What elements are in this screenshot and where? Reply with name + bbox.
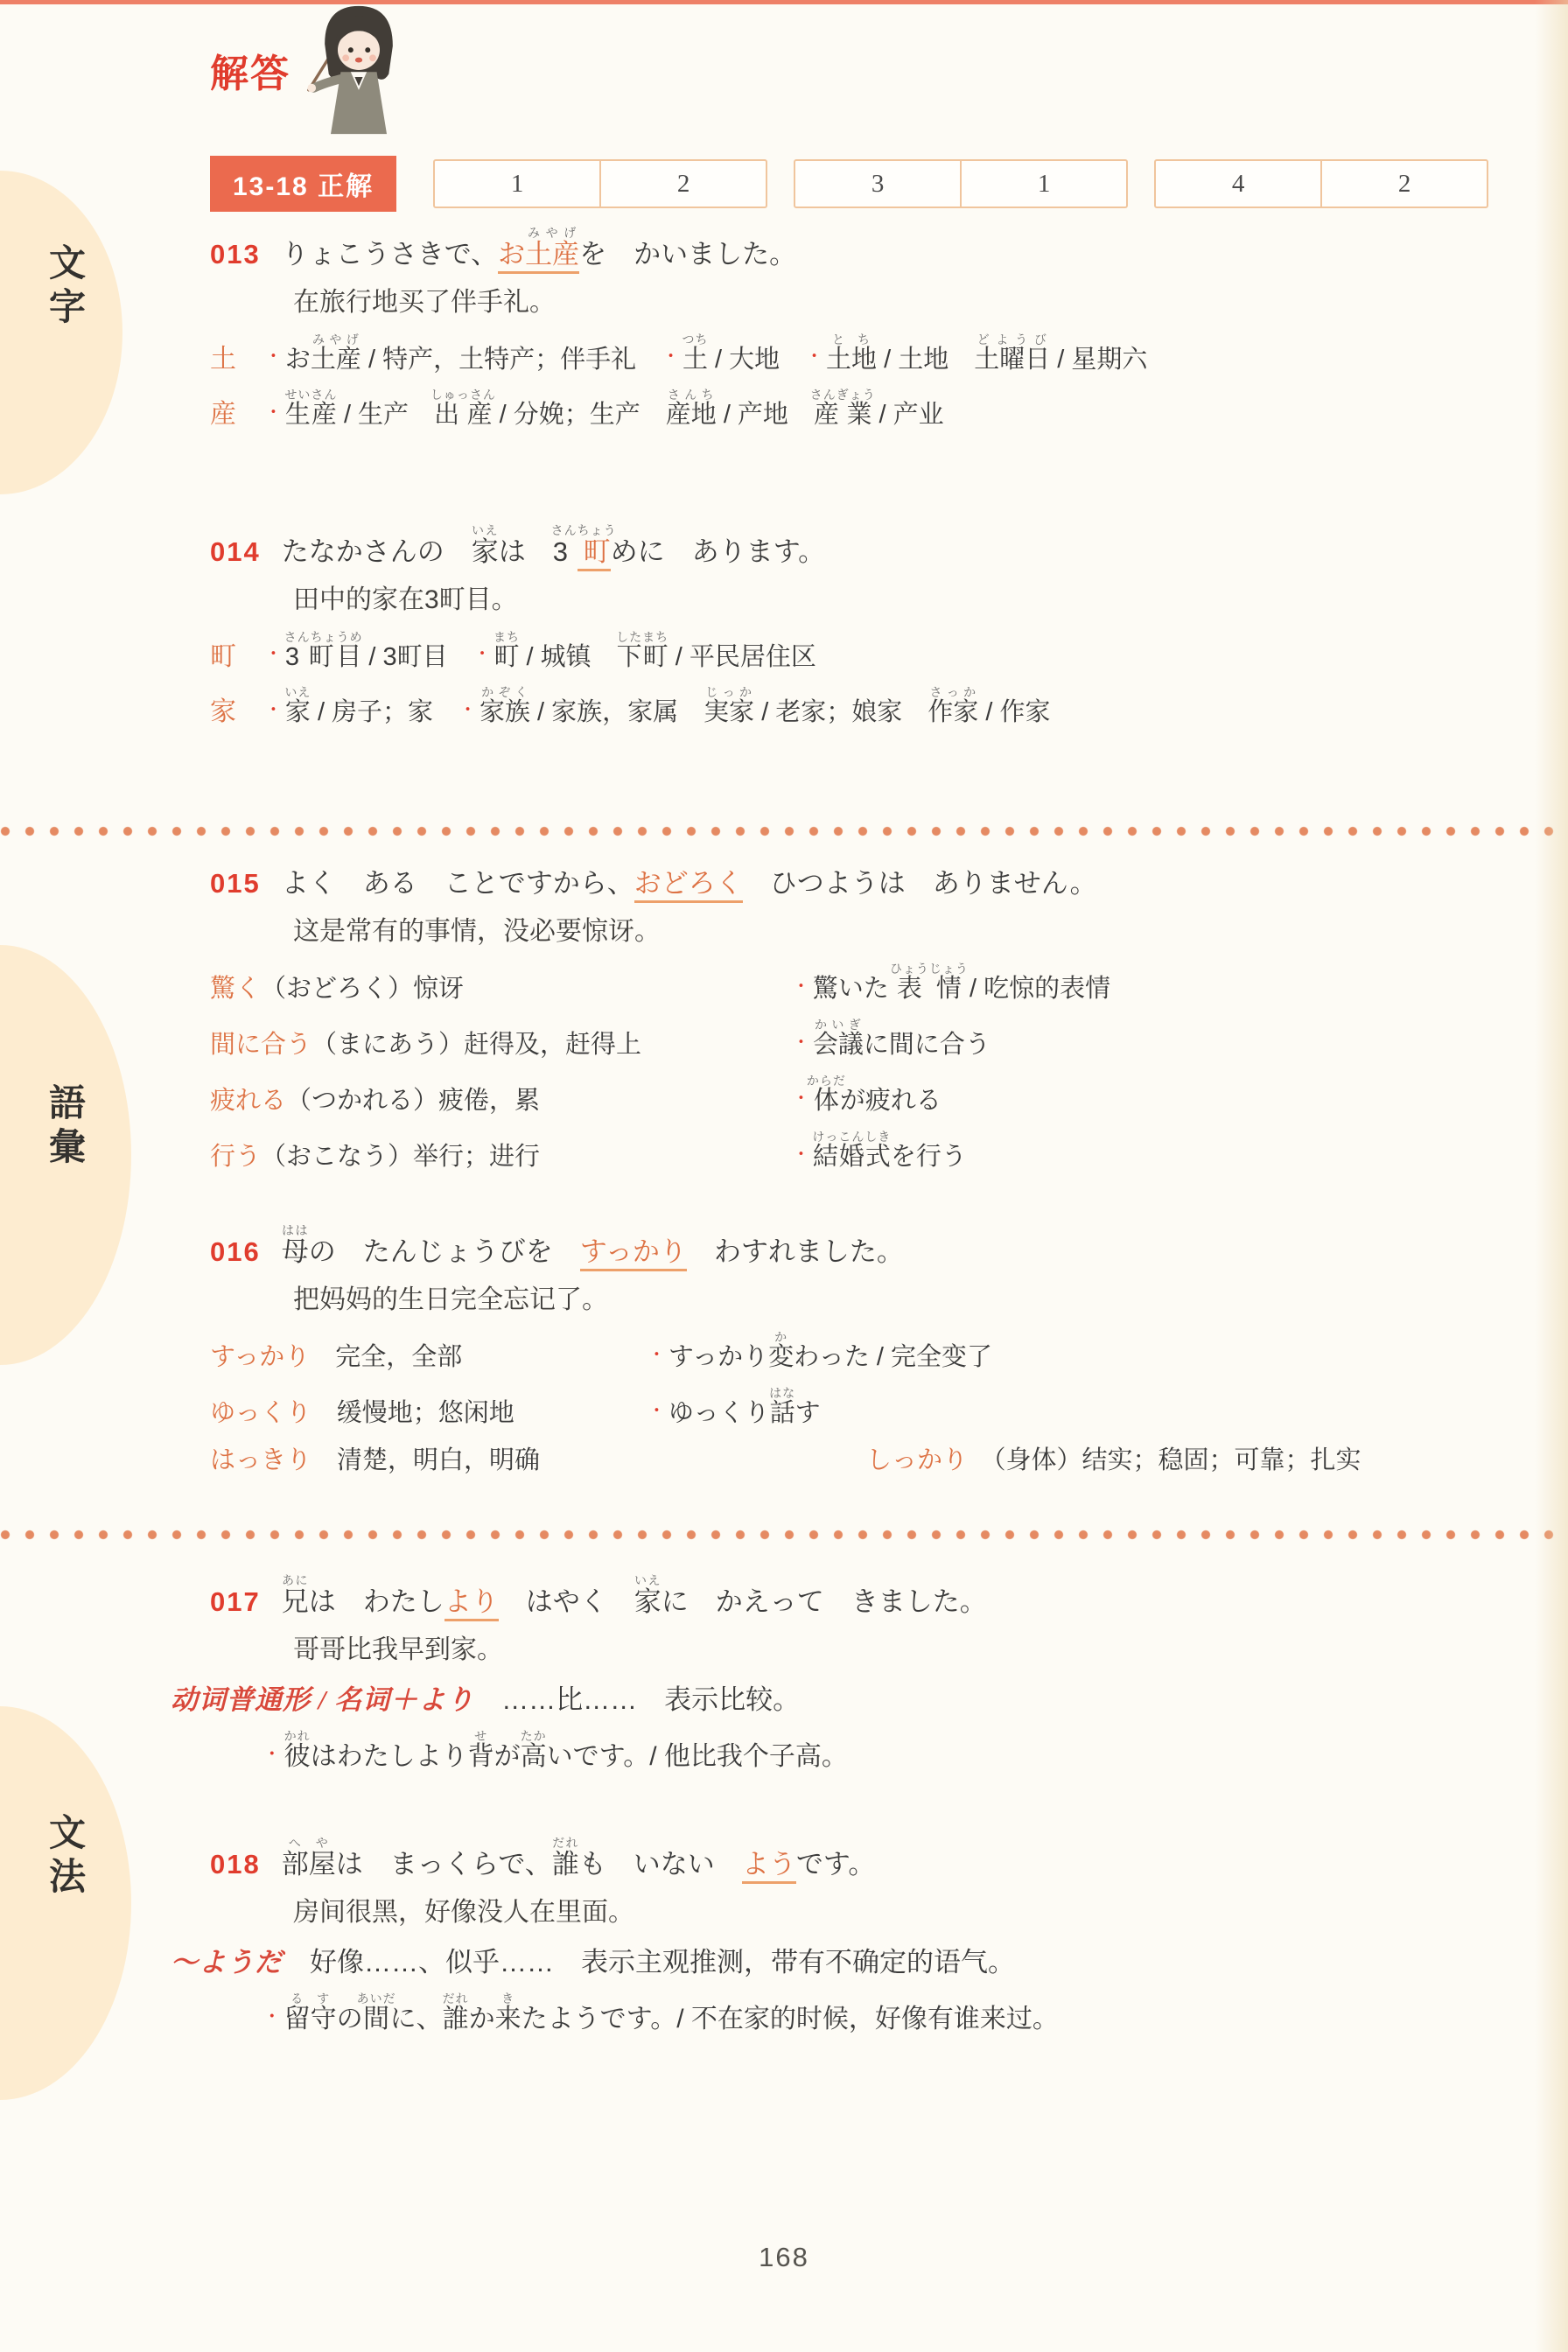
vocab-row: 土 ・お土産みやげ / 特产，土特产；伴手礼 ・土つち / 大地 ・土地とち /… (210, 332, 1505, 380)
answer-cell-16: 1 (960, 161, 1126, 206)
question-sentence: 018部屋へやは まっくらで、誰だれも いない ようです。 (210, 1836, 1505, 1885)
answer-box-group-2: 3 1 (794, 159, 1128, 208)
decorative-blob (0, 1706, 131, 2100)
answer-boxes: 1 2 3 1 4 2 (433, 159, 1488, 208)
vocab-pair: 間に合う（まにあう）赶得及，赶得上 ・会議かいぎに間に合う (210, 1018, 1505, 1063)
dotted-divider (0, 826, 1568, 836)
vocab-pair: 行う（おこなう）举行；进行 ・結婚式けっこんしきを行う (210, 1130, 1505, 1175)
question-sentence: 017兄あには わたしより はやく 家いえに かえって きました。 (210, 1573, 1505, 1622)
question-018: 018部屋へやは まっくらで、誰だれも いない ようです。 房间很黑，好像没人在… (210, 1836, 1505, 2039)
question-number: 018 (210, 1849, 261, 1879)
question-sentence: 014たなかさんの 家いえは 3 さん町ちょうめに あります。 (210, 523, 1505, 572)
answer-cell-18: 2 (1320, 161, 1487, 206)
answer-box-group-1: 1 2 (433, 159, 767, 208)
sidebar-section-goi: 語彙 (38, 1083, 91, 1171)
answer-key-row: 13-18 正解 1 2 3 1 4 2 (210, 156, 1488, 212)
answer-range-badge: 13-18 正解 (210, 156, 396, 212)
grammar-pattern: 动词普通形 / 名词＋より ……比…… 表示比较。 (171, 1680, 1505, 1721)
question-014: 014たなかさんの 家いえは 3 さん町ちょうめに あります。 田中的家在3町目… (210, 523, 1505, 741)
sidebar-section-moji: 文字 (38, 243, 91, 331)
question-number: 016 (210, 1236, 261, 1267)
example-sentence: ・留守るすの間あいだに、誰だれか来きたようです。/ 不在家的时候，好像有谁来过。 (262, 1991, 1505, 2039)
chinese-translation: 田中的家在3町目。 (293, 577, 1505, 616)
question-016: 016母ははの たんじょうびを すっかり わすれました。 把妈妈的生日完全忘记了… (210, 1223, 1505, 1489)
grammar-pattern: ～ようだ 好像……、似乎…… 表示主观推测，带有不确定的语气。 (171, 1942, 1505, 1984)
page-number: 168 (0, 2242, 1568, 2273)
page-title: 解答 (210, 42, 290, 98)
chinese-translation: 把妈妈的生日完全忘记了。 (293, 1277, 1505, 1316)
vocab-row: 産 ・生産せいさん / 生产 出産しゅっさん / 分娩；生产 産地さんち / 产… (210, 388, 1505, 435)
question-number: 014 (210, 536, 261, 567)
chinese-translation: 哥哥比我早到家。 (293, 1627, 1505, 1666)
answer-cell-13: 1 (435, 161, 599, 206)
kanji-label: 産 (210, 395, 264, 434)
question-number: 013 (210, 239, 261, 269)
kanji-label: 町 (210, 637, 264, 676)
vocab-row: 町 ・3 町目さんちょうめ / 3町目 ・町まち / 城镇 下町したまち / 平… (210, 630, 1505, 677)
vocab-pair: 疲れる（つかれる）疲倦，累 ・体からだが疲れる (210, 1074, 1505, 1119)
vocab-entries: ・家いえ / 房子；家 ・家族かぞく / 家族，家属 実家じっか / 老家；娘家… (264, 685, 1505, 732)
question-number: 015 (210, 868, 261, 899)
teacher-girl-illustration (289, 0, 429, 140)
answer-cell-15: 3 (795, 161, 960, 206)
question-number: 017 (210, 1586, 261, 1617)
kanji-label: 土 (210, 339, 264, 379)
kanji-label: 家 (210, 692, 264, 731)
dotted-divider (0, 1529, 1568, 1540)
answer-cell-14: 2 (599, 161, 766, 206)
vocab-pair: すっかり 完全，全部 ・すっかり変かわった / 完全变了 (210, 1330, 1505, 1375)
question-013: 013りょこうさきで、お土産みやげを かいました。 在旅行地买了伴手礼。 土 ・… (210, 226, 1505, 444)
question-017: 017兄あには わたしより はやく 家いえに かえって きました。 哥哥比我早到… (210, 1573, 1505, 1776)
chinese-translation: 在旅行地买了伴手礼。 (293, 280, 1505, 318)
vocab-pair: 驚く（おどろく）惊讶 ・驚いた 表情ひょうじょう / 吃惊的表情 (210, 962, 1505, 1007)
question-sentence: 013りょこうさきで、お土産みやげを かいました。 (210, 226, 1505, 275)
vocab-entries: ・生産せいさん / 生产 出産しゅっさん / 分娩；生产 産地さんち / 产地 … (264, 388, 1505, 435)
answer-cell-17: 4 (1156, 161, 1320, 206)
chinese-translation: 这是常有的事情，没必要惊讶。 (293, 909, 1505, 948)
example-sentence: ・彼かれはわたしより背せが高たかいです。/ 他比我个子高。 (262, 1729, 1505, 1776)
vocab-pair: はっきり 清楚，明白，明确 しっかり （身体）结实；稳固；可靠；扎实 (210, 1442, 1505, 1479)
vocab-entries: ・3 町目さんちょうめ / 3町目 ・町まち / 城镇 下町したまち / 平民居… (264, 630, 1505, 677)
chinese-translation: 房间很黑，好像没人在里面。 (293, 1890, 1505, 1928)
scan-edge-line (0, 0, 1568, 4)
question-sentence: 015よく ある ことですから、おどろく ひつようは ありません。 (210, 864, 1505, 904)
sidebar-section-bunpo: 文法 (38, 1813, 91, 1900)
textbook-page: 文字 語彙 文法 解答 13-18 正解 1 2 3 1 (0, 0, 1568, 2352)
vocab-row: 家 ・家いえ / 房子；家 ・家族かぞく / 家族，家属 実家じっか / 老家；… (210, 685, 1505, 732)
question-015: 015よく ある ことですから、おどろく ひつようは ありません。 这是常有的事… (210, 864, 1505, 1186)
decorative-blob (0, 171, 122, 494)
vocab-pair: ゆっくり 缓慢地；悠闲地 ・ゆっくり話はなす (210, 1386, 1505, 1431)
vocab-entries: ・お土産みやげ / 特产，土特产；伴手礼 ・土つち / 大地 ・土地とち / 土… (264, 332, 1505, 380)
question-sentence: 016母ははの たんじょうびを すっかり わすれました。 (210, 1223, 1505, 1272)
answer-box-group-3: 4 2 (1154, 159, 1488, 208)
